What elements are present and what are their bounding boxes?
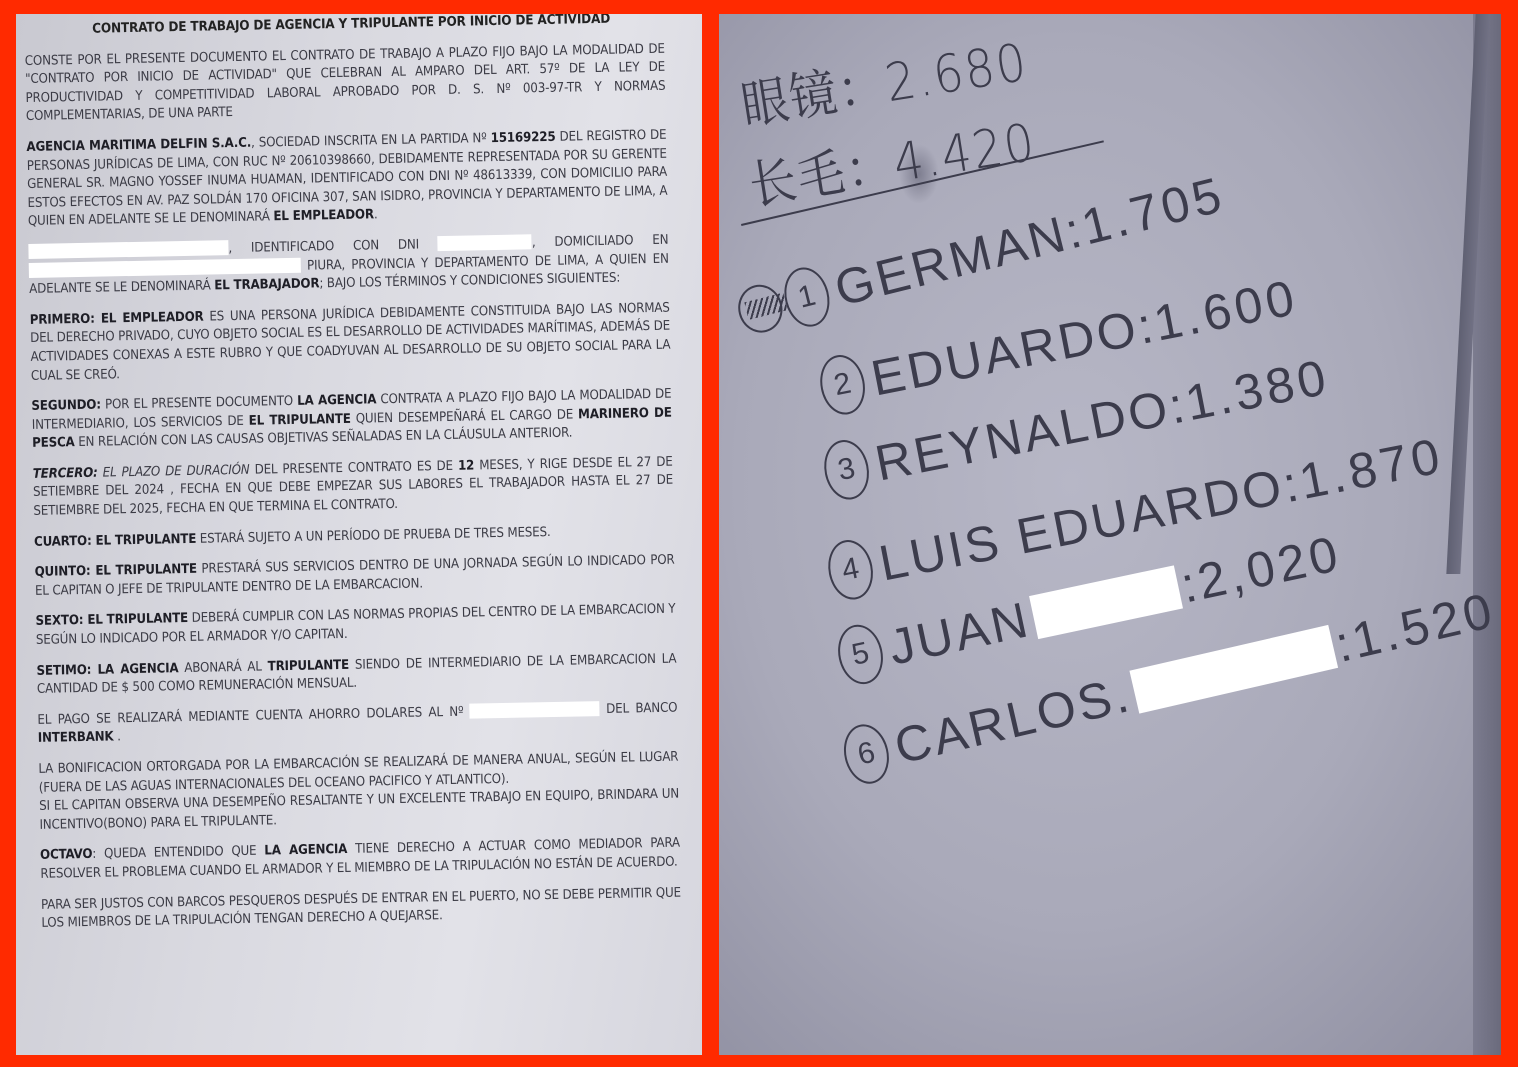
bank-name: INTERBANK [38, 730, 114, 746]
clause-tercero: TERCERO: EL PLAZO DE DURACIÓN DEL PRESEN… [33, 454, 674, 522]
redacted-worker-name [28, 241, 228, 260]
clause-quinto: QUINTO: EL TRIPULANTE PRESTARÁ SUS SERVI… [34, 552, 675, 601]
closing-paragraph: PARA SER JUSTOS CON BARCOS PESQUEROS DES… [41, 884, 682, 933]
entry-number-circle: 2 [815, 351, 870, 418]
payment-paragraph: EL PAGO SE REALIZARÁ MEDIANTE CUENTA AHO… [37, 699, 678, 748]
redacted-dni [438, 235, 532, 252]
worker-alias: EL TRABAJADOR [214, 277, 319, 294]
redacted-account-number [470, 701, 600, 718]
entry-name: JUAN [884, 590, 1036, 676]
worker-paragraph: , IDENTIFICADO CON DNI , DOMICILIADO EN … [28, 232, 669, 300]
employer-name: AGENCIA MARITIMA DELFIN S.A.C. [26, 136, 251, 155]
employer-alias: EL EMPLEADOR [273, 208, 374, 225]
clause-cuarto: CUARTO: EL TRIPULANTE ESTARÁ SUJETO A UN… [34, 521, 674, 552]
entry-amount: 2,020 [1192, 524, 1346, 611]
entry-amount: 1.380 [1181, 348, 1335, 433]
contract-document: CONTRATO DE TRABAJO DE AGENCIA Y TRIPULA… [24, 14, 682, 946]
clause-segundo: SEGUNDO: POR EL PRESENTE DOCUMENTO LA AG… [31, 386, 672, 454]
entry-number-circle: 3 [819, 436, 874, 503]
clause-octavo: OCTAVO: QUEDA ENTENDIDO QUE LA AGENCIA T… [40, 835, 681, 884]
partida-number: 15169225 [491, 130, 556, 146]
contract-photo: CONTRATO DE TRABAJO DE AGENCIA Y TRIPULA… [16, 14, 702, 1055]
entry-amount: 1.705 [1076, 165, 1231, 256]
entry-number-circle: 1 [778, 263, 835, 332]
entry-amount: 1.600 [1149, 268, 1303, 353]
entry-amount: 1.870 [1295, 426, 1449, 511]
handwritten-note-photo: 眼镜：2.680 长毛：4.420 1 GERMAN : 1.705 2 EDU… [719, 14, 1501, 1055]
entry-number-circle: 6 [838, 720, 894, 788]
entry-number-circle: 5 [833, 621, 889, 689]
contract-title: CONTRATO DE TRABAJO DE AGENCIA Y TRIPULA… [38, 14, 664, 40]
entry-name: CARLOS. [889, 665, 1136, 776]
redacted-address [29, 258, 301, 278]
crossed-out-mark [733, 280, 787, 337]
entry-name: GERMAN [829, 204, 1073, 318]
contract-intro: CONSTE POR EL PRESENTE DOCUMENTO EL CONT… [25, 40, 666, 127]
employer-paragraph: AGENCIA MARITIMA DELFIN S.A.C., SOCIEDAD… [26, 127, 668, 232]
clause-sexto: SEXTO: EL TRIPULANTE DEBERÁ CUMPLIR CON … [35, 601, 676, 650]
redacted-surname [1129, 625, 1338, 714]
entry-number-circle: 4 [823, 536, 878, 603]
redacted-surname [1029, 565, 1183, 639]
clause-primero: PRIMERO: EL EMPLEADOR ES UNA PERSONA JUR… [30, 299, 671, 386]
clause-setimo: SETIMO: LA AGENCIA ABONARÁ AL TRIPULANTE… [36, 650, 677, 699]
